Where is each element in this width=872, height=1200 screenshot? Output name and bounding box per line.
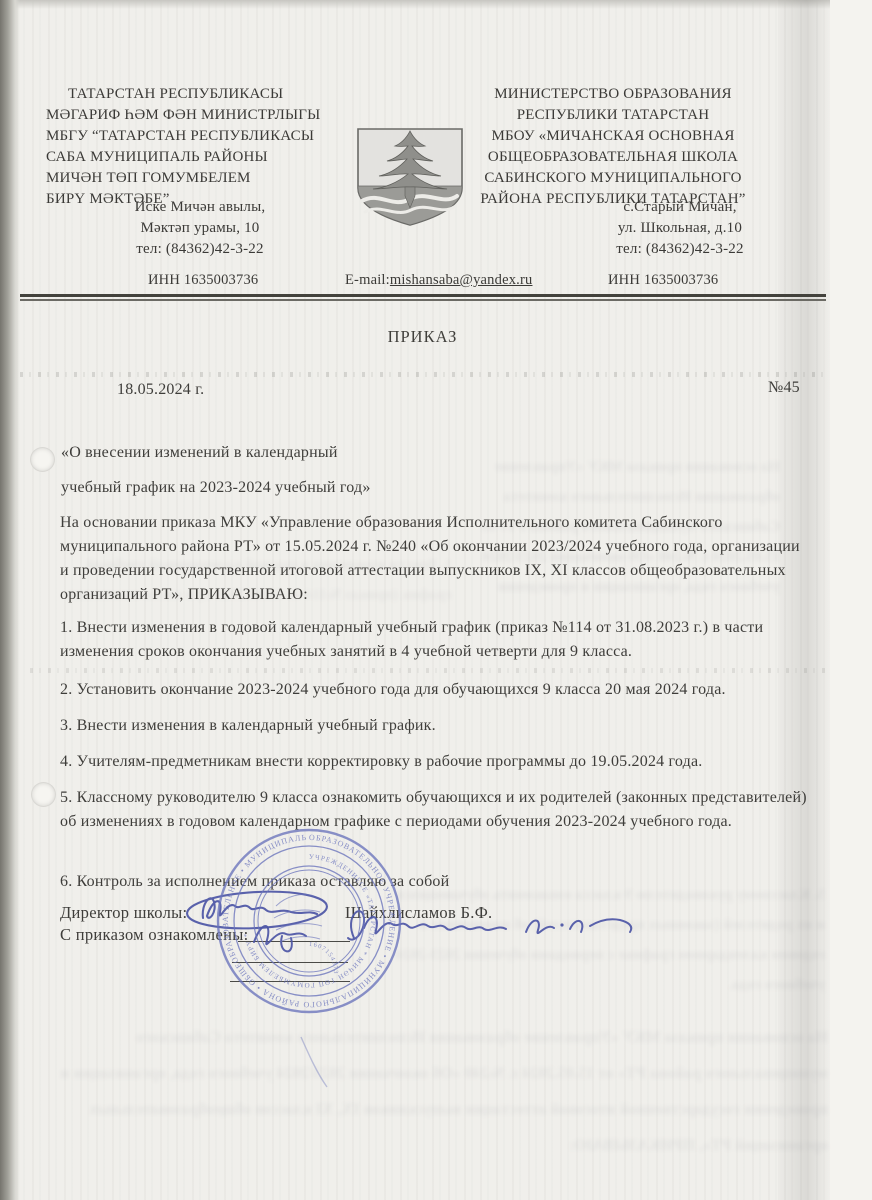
stamp-middle-ring-text: УЧРЕЖДЕНИЕСЕ «ТАТАРСТАН * МИЧӘН ТӨП ГОМУ… — [242, 853, 377, 989]
order-item-2: 2. Установить окончание 2023-2024 учебно… — [60, 678, 820, 702]
punch-hole — [31, 782, 56, 807]
org-line: МИНИСТЕРСТВО ОБРАЗОВАНИЯ — [462, 84, 764, 105]
ink-scratch — [295, 1035, 335, 1090]
order-item-5: 5. Классному руководителю 9 класса ознак… — [60, 786, 808, 834]
org-line: ОБЩЕОБРАЗОВАТЕЛЬНАЯ ШКОЛА — [462, 147, 764, 168]
address-line: тел: (84362)42-3-22 — [90, 239, 310, 260]
address-line: тел: (84362)42-3-22 — [590, 239, 770, 260]
org-line: САБИНСКОГО МУНИЦИПАЛЬНОГО — [462, 168, 764, 189]
order-item-3: 3. Внести изменения в календарный учебны… — [60, 714, 802, 738]
address-line: ул. Школьная, д.10 — [590, 218, 770, 239]
org-line: МӘГАРИФ ҺӘМ ФӘН МИНИСТРЛЫГЫ — [46, 105, 362, 126]
address-line: Иске Мичән авылы, — [90, 197, 310, 218]
letterhead-rule-bottom — [20, 299, 826, 301]
scan-top-edge — [0, 0, 872, 9]
inn-left: ИНН 1635003736 — [148, 270, 258, 291]
letterhead-right-address: с.Старый Мичан, ул. Школьная, д.10 тел: … — [590, 197, 770, 260]
order-subject-line2: учебный график на 2023-2024 учебный год» — [61, 476, 801, 500]
scan-noise-band — [30, 668, 830, 673]
org-line: МБОУ «МИЧАНСКАЯ ОСНОВНАЯ — [462, 126, 764, 147]
order-date: 18.05.2024 г. — [117, 378, 204, 402]
address-line: с.Старый Мичан, — [590, 197, 770, 218]
scan-noise-band — [20, 372, 830, 377]
email-address: mishansaba@yandex.ru — [390, 272, 533, 288]
punch-hole — [30, 447, 55, 472]
inn-right: ИНН 1635003736 — [608, 270, 718, 291]
scan-left-edge — [0, 0, 20, 1200]
bleed-through-text: На основании приказа МКУ «Управление обр… — [48, 1020, 828, 1188]
org-line: МИЧӘН ТӨП ГОМУМБЕЛЕМ — [46, 168, 362, 189]
email-label: E-mail: — [345, 272, 390, 288]
scanner-background-right — [830, 0, 872, 1200]
coat-of-arms-fir-tree — [353, 126, 467, 228]
org-line: МБГУ “ТАТАРСТАН РЕСПУБЛИКАСЫ — [46, 126, 362, 147]
org-line: САБА МУНИЦИПАЛЬ РАЙОНЫ — [46, 147, 362, 168]
email: E-mail:mishansaba@yandex.ru — [345, 270, 532, 291]
letterhead-right-org: МИНИСТЕРСТВО ОБРАЗОВАНИЯ РЕСПУБЛИКИ ТАТА… — [462, 84, 764, 210]
order-item-1: 1. Внести изменения в годовой календарны… — [60, 616, 802, 664]
order-subject-line1: «О внесении изменений в календарный — [61, 441, 801, 465]
org-line: РЕСПУБЛИКИ ТАТАРСТАН — [462, 105, 764, 126]
letterhead-left-org: ТАТАРСТАН РЕСПУБЛИКАСЫ МӘГАРИФ ҺӘМ ФӘН М… — [46, 84, 362, 210]
order-title: ПРИКАЗ — [0, 327, 845, 347]
order-item-4: 4. Учителям-предметникам внести корректи… — [60, 750, 802, 774]
scanned-order-page: На основании приказа МКУ «Управление обр… — [0, 0, 872, 1200]
director-label: Директор школы: — [60, 903, 187, 923]
address-line: Мәктәп урамы, 10 — [90, 218, 310, 239]
letterhead-rule-top — [20, 294, 826, 297]
order-number: №45 — [768, 376, 800, 400]
order-preamble: На основании приказа МКУ «Управление обр… — [60, 511, 802, 607]
order-item-6: 6. Контроль за исполнением приказа остав… — [60, 870, 802, 894]
round-stamp: ОБРАЗОВАТЕЛЬНОЕ УЧРЕЖДЕНИЕ • МУНИЦИПАЛЬН… — [214, 826, 404, 1016]
svg-text:УЧРЕЖДЕНИЕСЕ «ТАТАРСТАН * МИЧӘ: УЧРЕЖДЕНИЕСЕ «ТАТАРСТАН * МИЧӘН ТӨП ГОМУ… — [242, 853, 377, 989]
org-line: ТАТАРСТАН РЕСПУБЛИКАСЫ — [46, 84, 362, 105]
letterhead-left-address: Иске Мичән авылы, Мәктәп урамы, 10 тел: … — [90, 197, 310, 260]
